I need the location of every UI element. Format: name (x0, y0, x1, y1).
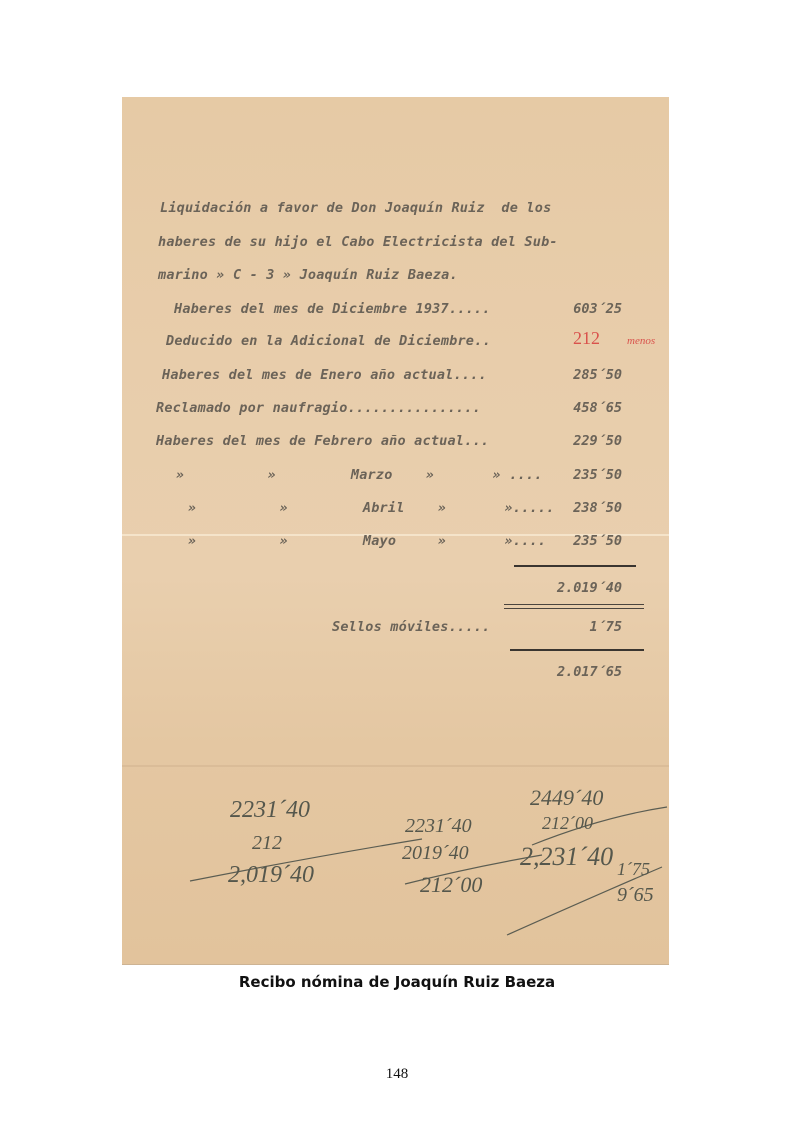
handwritten-sum: 9´65 (617, 884, 654, 907)
handwritten-sum: 2449´40 (530, 785, 603, 811)
page-number: 148 (0, 1066, 794, 1083)
handwritten-sum: 212 (252, 832, 282, 855)
handwritten-sum: 212´00 (420, 872, 482, 898)
handwritten-sum: 2019´40 (402, 842, 469, 865)
handwritten-sum: 212´00 (542, 813, 593, 834)
handwritten-sum: 2231´40 (405, 815, 472, 838)
handwritten-sum: 2231´40 (230, 797, 310, 824)
handwritten-sum: 2,231´40 (520, 842, 613, 872)
scanned-receipt: Liquidación a favor de Don Joaquín Ruiz … (122, 97, 669, 964)
handwritten-sum: 1´75 (617, 859, 650, 880)
handwritten-sum: 2,019´40 (228, 862, 314, 889)
figure-caption: Recibo nómina de Joaquín Ruiz Baeza (0, 973, 794, 991)
